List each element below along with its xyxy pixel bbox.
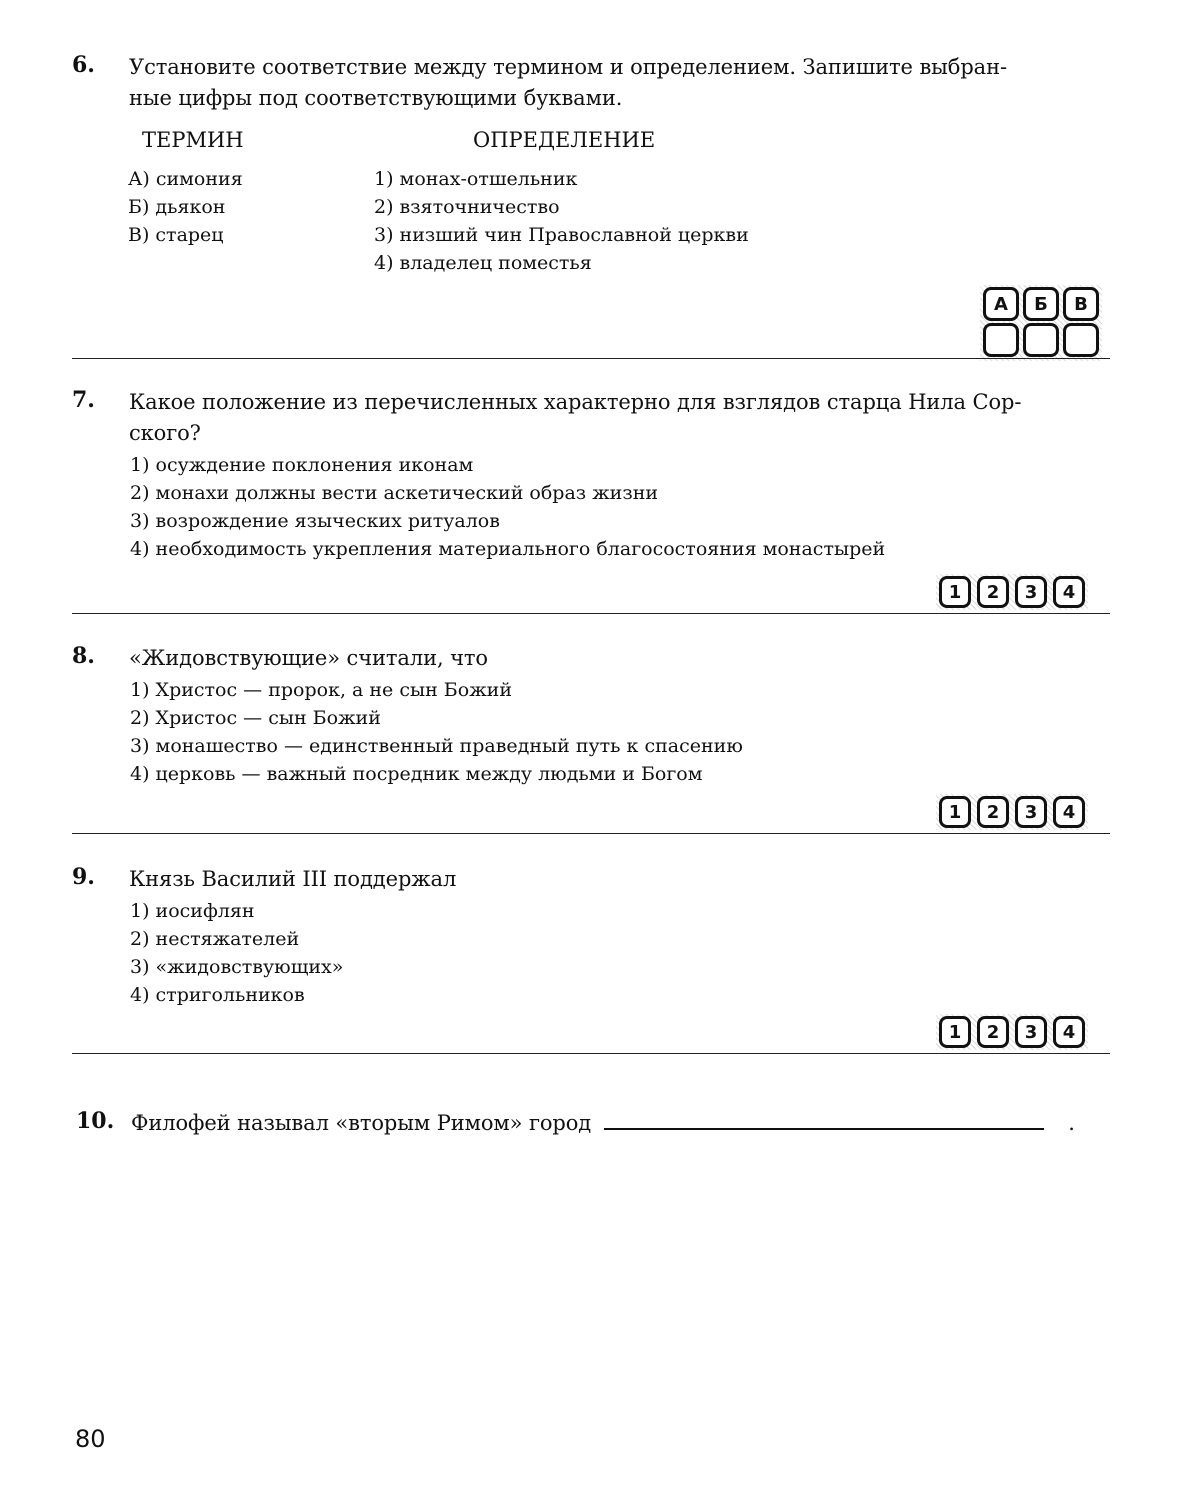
answer-option-1[interactable]: 1 bbox=[939, 796, 971, 828]
definition-item: 3) низший чин Православной церкви bbox=[374, 221, 749, 249]
definition-item: 2) взяточничество bbox=[374, 193, 749, 221]
options-list: 1) Христос — пророк, а не сын Божий 2) Х… bbox=[130, 676, 1112, 788]
question-number: 10. bbox=[76, 1108, 114, 1134]
divider bbox=[72, 358, 1110, 359]
terms-header: ТЕРМИН bbox=[142, 128, 244, 152]
option-item: 1) иосифлян bbox=[130, 897, 1112, 925]
matching-table: ТЕРМИН ОПРЕДЕЛЕНИЕ А) симония Б) дьякон … bbox=[128, 128, 928, 278]
question-6: 6. Установите соответствие между термино… bbox=[72, 52, 1112, 114]
question-text-line: Установите соответствие между термином и… bbox=[129, 52, 1112, 83]
question-number: 7. bbox=[72, 387, 95, 413]
answer-option-2[interactable]: 2 bbox=[977, 576, 1009, 608]
question-text: Филофей называл «вторым Римом» город . bbox=[131, 1108, 1116, 1139]
terms-list: А) симония Б) дьякон В) старец bbox=[128, 165, 243, 249]
question-number: 6. bbox=[72, 52, 95, 78]
question-text: Князь Василий III поддержал bbox=[129, 864, 1112, 895]
answer-option-1[interactable]: 1 bbox=[939, 1016, 971, 1048]
question-number: 8. bbox=[72, 643, 95, 669]
option-item: 4) стригольников bbox=[130, 981, 1112, 1009]
divider bbox=[72, 1053, 1110, 1054]
question-text-line: ные цифры под соответствующими буквами. bbox=[129, 83, 1112, 114]
definitions-header: ОПРЕДЕЛЕНИЕ bbox=[473, 128, 655, 152]
answer-letter-a: А bbox=[983, 287, 1019, 321]
answer-blank-field[interactable] bbox=[604, 1128, 1044, 1130]
definition-item: 4) владелец поместья bbox=[374, 249, 749, 277]
answer-input-v[interactable] bbox=[1063, 323, 1099, 357]
answer-boxes-q9: 1 2 3 4 bbox=[936, 1014, 1088, 1050]
definitions-list: 1) монах-отшельник 2) взяточничество 3) … bbox=[374, 165, 749, 277]
option-item: 1) Христос — пророк, а не сын Божий bbox=[130, 676, 1112, 704]
options-list: 1) иосифлян 2) нестяжателей 3) «жидовств… bbox=[130, 897, 1112, 1009]
question-10: 10. Филофей называл «вторым Римом» город… bbox=[76, 1108, 1116, 1139]
option-item: 3) возрождение языческих ритуалов bbox=[130, 507, 1112, 535]
answer-letter-b: Б bbox=[1023, 287, 1059, 321]
term-item: Б) дьякон bbox=[128, 193, 243, 221]
question-8: 8. «Жидовствующие» считали, что 1) Христ… bbox=[72, 643, 1112, 788]
question-text-line: ского? bbox=[129, 418, 1112, 449]
option-item: 3) «жидовствующих» bbox=[130, 953, 1112, 981]
answer-option-3[interactable]: 3 bbox=[1015, 1016, 1047, 1048]
end-mark: . bbox=[1068, 1111, 1075, 1135]
option-item: 2) нестяжателей bbox=[130, 925, 1112, 953]
question-text: Какое положение из перечисленных характе… bbox=[129, 387, 1112, 449]
option-item: 2) монахи должны вести аскетический обра… bbox=[130, 479, 1112, 507]
answer-boxes-q8: 1 2 3 4 bbox=[936, 794, 1088, 830]
option-item: 1) осуждение поклонения иконам bbox=[130, 451, 1112, 479]
question-number: 9. bbox=[72, 864, 95, 890]
answer-option-2[interactable]: 2 bbox=[977, 796, 1009, 828]
option-item: 3) монашество — единственный праведный п… bbox=[130, 732, 1112, 760]
term-item: В) старец bbox=[128, 221, 243, 249]
answer-option-4[interactable]: 4 bbox=[1053, 1016, 1085, 1048]
question-text: «Жидовствующие» считали, что bbox=[129, 643, 1112, 674]
page-number: 80 bbox=[75, 1425, 106, 1453]
answer-option-2[interactable]: 2 bbox=[977, 1016, 1009, 1048]
answer-letter-v: В bbox=[1063, 287, 1099, 321]
definition-item: 1) монах-отшельник bbox=[374, 165, 749, 193]
answer-grid-abv: А Б В bbox=[980, 285, 1102, 361]
divider bbox=[72, 833, 1110, 834]
options-list: 1) осуждение поклонения иконам 2) монахи… bbox=[130, 451, 1112, 563]
workbook-page: 6. Установите соответствие между термино… bbox=[0, 0, 1181, 1506]
question-text: Установите соответствие между термином и… bbox=[129, 52, 1112, 114]
answer-option-3[interactable]: 3 bbox=[1015, 796, 1047, 828]
option-item: 4) необходимость укрепления материальног… bbox=[130, 535, 1112, 563]
answer-input-a[interactable] bbox=[983, 323, 1019, 357]
question-text-line: Какое положение из перечисленных характе… bbox=[129, 387, 1112, 418]
divider bbox=[72, 613, 1110, 614]
question-7: 7. Какое положение из перечисленных хара… bbox=[72, 387, 1112, 563]
term-item: А) симония bbox=[128, 165, 243, 193]
answer-option-4[interactable]: 4 bbox=[1053, 576, 1085, 608]
answer-option-3[interactable]: 3 bbox=[1015, 576, 1047, 608]
option-item: 4) церковь — важный посредник между людь… bbox=[130, 760, 1112, 788]
question-9: 9. Князь Василий III поддержал 1) иосифл… bbox=[72, 864, 1112, 1009]
answer-input-b[interactable] bbox=[1023, 323, 1059, 357]
answer-option-4[interactable]: 4 bbox=[1053, 796, 1085, 828]
answer-option-1[interactable]: 1 bbox=[939, 576, 971, 608]
answer-boxes-q7: 1 2 3 4 bbox=[936, 574, 1088, 610]
option-item: 2) Христос — сын Божий bbox=[130, 704, 1112, 732]
question-text-content: Филофей называл «вторым Римом» город bbox=[131, 1111, 591, 1135]
